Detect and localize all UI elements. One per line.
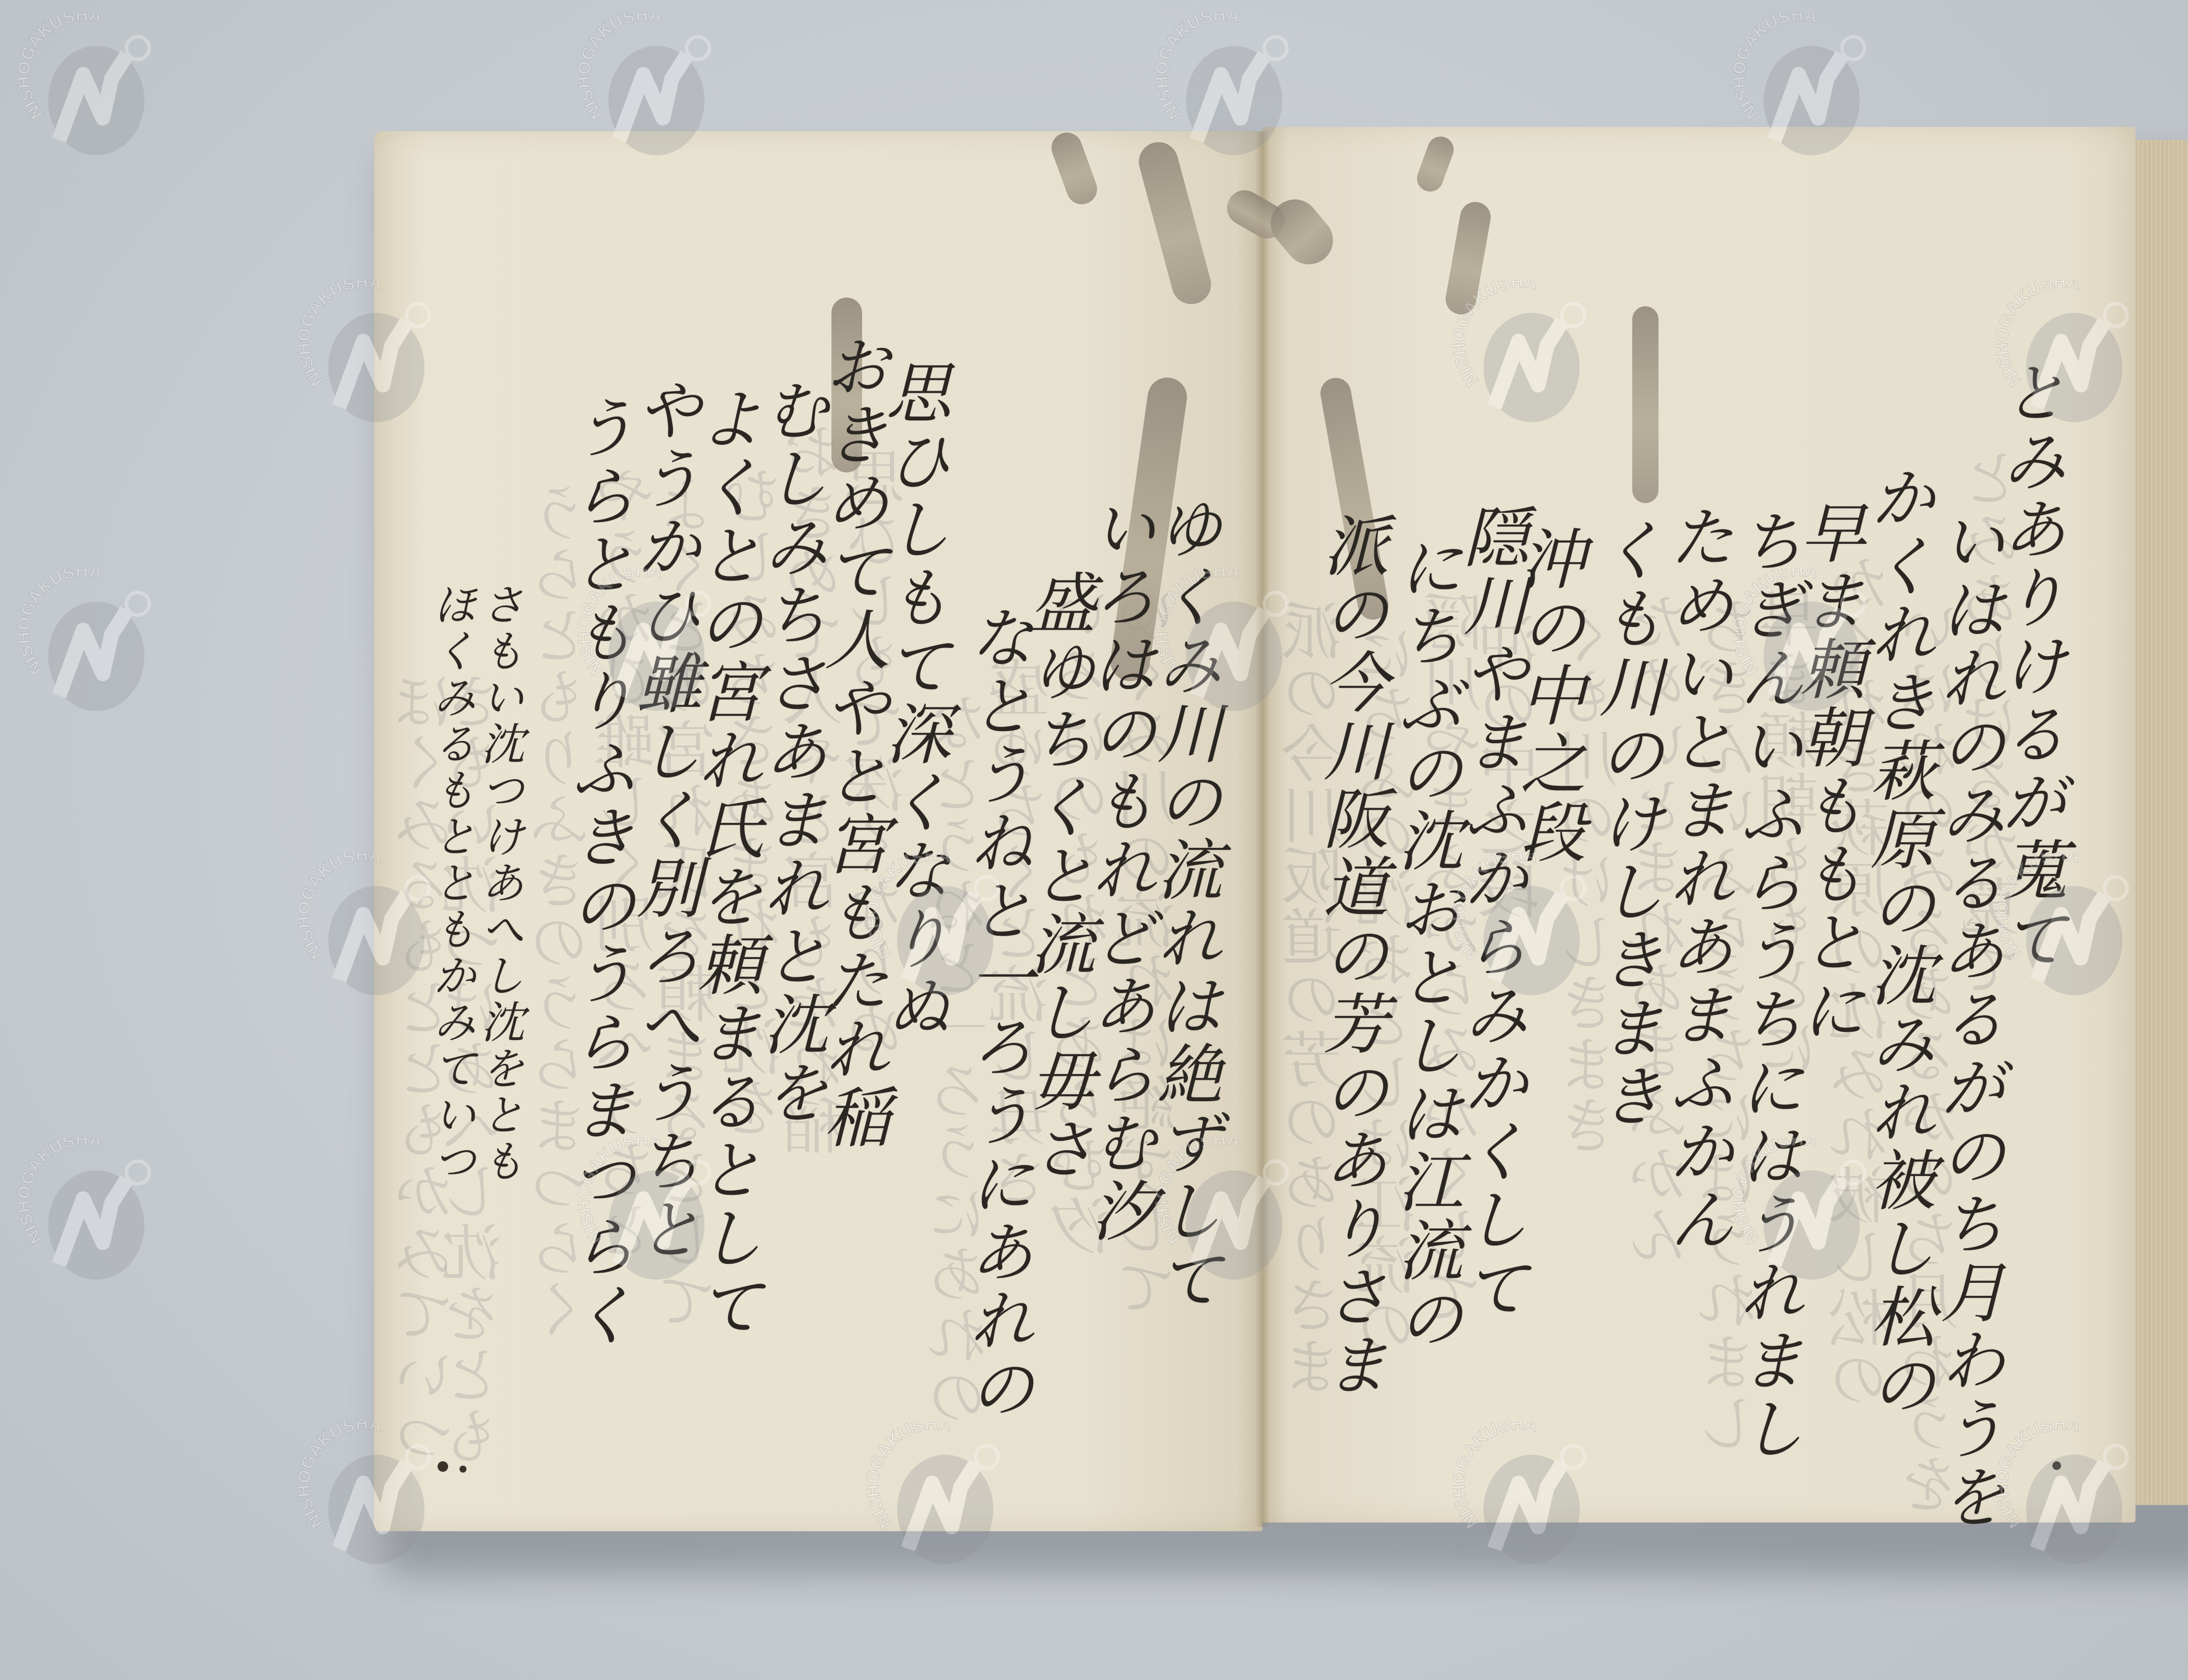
calligraphy-column: くも川のけしきまき [1593,516,1659,1130]
fore-edge-page-stack [2135,140,2188,1505]
calligraphy-column: とみありけるが蒐て [1995,359,2061,973]
calligraphy-column: 早ま頼朝ももとに [1794,499,1860,1045]
nishogakusha-logo-icon: NISHOGAKUSHA [18,13,166,162]
calligraphy-column: ためいとまれあまふかん [1663,503,1729,1254]
ink-spot [459,1466,466,1473]
book-gutter [1255,131,1270,1527]
calligraphy-column: よくとの宮れ氏を頼まるとして [691,385,757,1340]
calligraphy-column: さもい沈つけあへし沈をとも [477,582,521,1185]
svg-text:NISHOGAKUSHA: NISHOGAKUSHA [298,280,384,390]
svg-text:NISHOGAKUSHA: NISHOGAKUSHA [18,1137,104,1247]
calligraphy-column: にちぶの沈おとしは江流の [1392,534,1457,1353]
ink-spot [438,1461,448,1472]
svg-text:NISHOGAKUSHA: NISHOGAKUSHA [298,1422,384,1532]
calligraphy-column: 盛ゆちくと流し毋さ [1024,569,1090,1183]
calligraphy-column: やうかひ雖しく別ろへうちと [630,376,696,1263]
nishogakusha-logo-icon: NISHOGAKUSHA [18,1137,166,1286]
calligraphy-column: うらともりふきのうらまつらく [565,394,630,1349]
calligraphy-column: 思ひしもて深くなりぬ [880,359,945,1041]
svg-text:NISHOGAKUSHA: NISHOGAKUSHA [1733,13,1819,123]
calligraphy-column: 隠川やまふからみかくして [1457,503,1523,1322]
svg-text:NISHOGAKUSHA: NISHOGAKUSHA [18,569,104,679]
svg-text:NISHOGAKUSHA: NISHOGAKUSHA [18,13,104,123]
wormhole [1632,306,1659,503]
calligraphy-column: おきめて人やと宮もたれ稲 [818,332,884,1151]
calligraphy-column: かくれき萩原の沈みれ被し松の [1864,464,1930,1419]
svg-text:NISHOGAKUSHA: NISHOGAKUSHA [578,13,664,123]
calligraphy-column: いはれのみるあるがのち月わうを [1934,507,2000,1531]
svg-text:NISHOGAKUSHA: NISHOGAKUSHA [1155,13,1241,123]
calligraphy-column: ゆくみ川の流れは絶ずして [1151,494,1217,1313]
calligraphy-column: むしみちさあまれと沈を [757,376,823,1127]
nishogakusha-logo-icon: NISHOGAKUSHA [18,569,166,717]
calligraphy-column: ちぎんいふらうちにはうれまし [1733,507,1799,1463]
calligraphy-column: ほくみるもとともかみていつ [429,582,473,1185]
ink-spot [2052,1461,2061,1470]
calligraphy-column: いろはのもれどあらむ汐 [1085,494,1151,1245]
calligraphy-column: なとうねと一ろうにあれの [963,604,1028,1423]
calligraphy-column: 派の今川阪道の芳のありさま [1317,512,1383,1399]
svg-text:NISHOGAKUSHA: NISHOGAKUSHA [298,853,384,963]
